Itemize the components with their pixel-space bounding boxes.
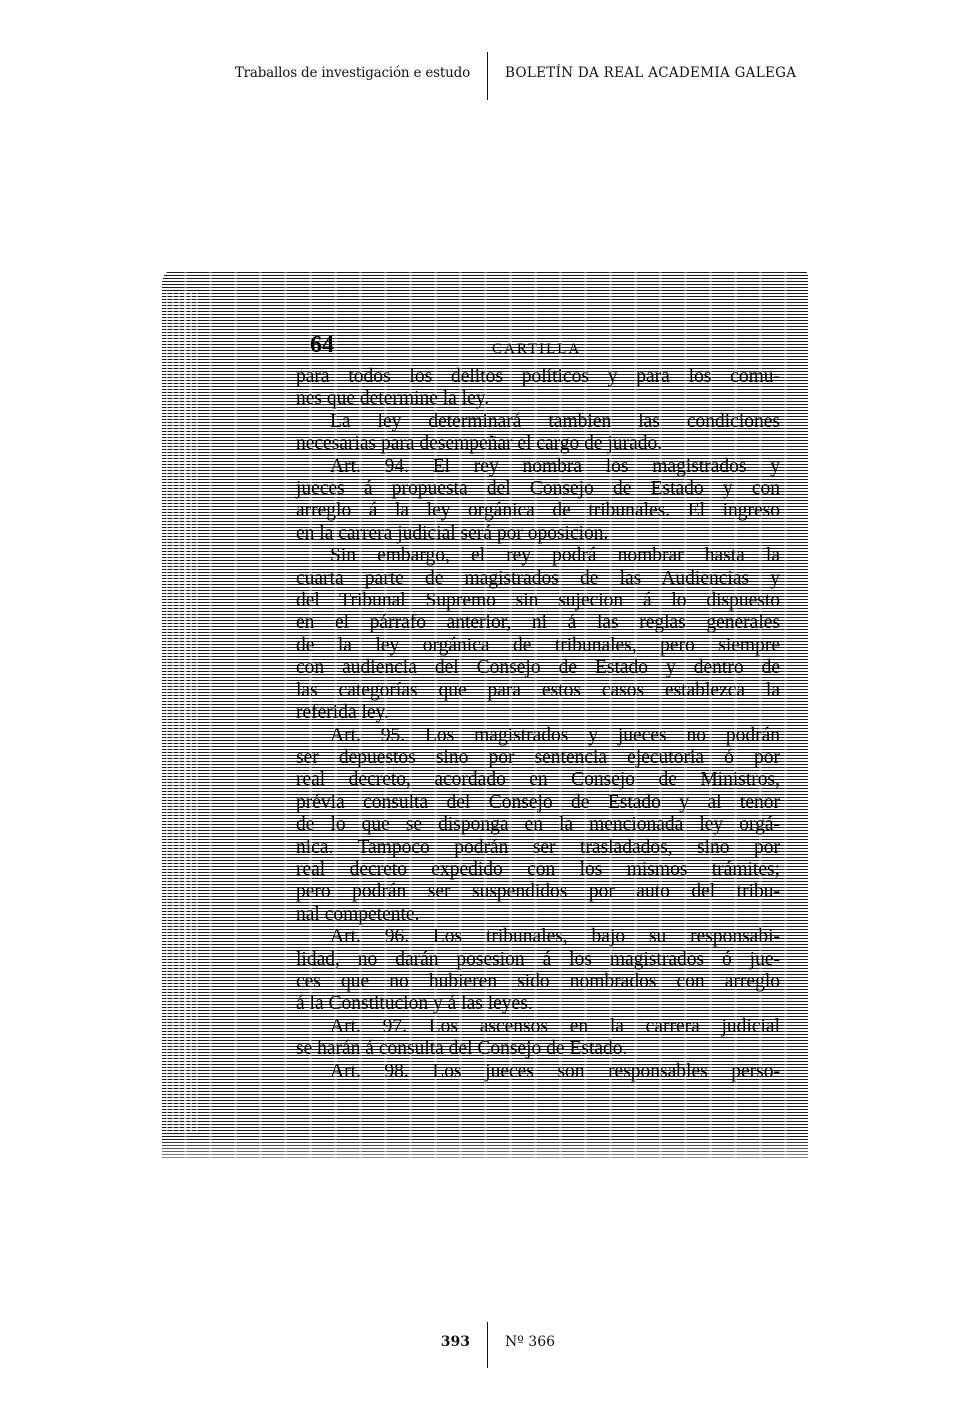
text-line: para todos los delitos políticos y para … [296, 366, 780, 388]
text-line: ser depuestos sino por sentencia ejecuto… [296, 747, 780, 769]
text-line: de lo que se disponga en la mencionada l… [296, 814, 780, 836]
folio-number: 393 [441, 1334, 470, 1350]
text-line: las categorías que para estos casos esta… [296, 680, 780, 702]
scan-binding-edge [162, 292, 202, 1132]
text-line: del Tribunal Supremo sin sujecion á lo d… [296, 590, 780, 612]
scanned-page-header: 64 CARTILLA [296, 334, 780, 364]
text-line: La ley determinará tambien las condicion… [296, 411, 780, 433]
text-line: Art. 97. Los ascensos en la carrera judi… [296, 1016, 780, 1038]
text-line: arreglo á la ley orgánica de tribunales.… [296, 500, 780, 522]
page-footer: 393 Nº 366 [0, 1322, 975, 1368]
issue-number: Nº 366 [505, 1334, 555, 1350]
text-line: Art. 98. Los jueces son responsables per… [296, 1061, 780, 1083]
text-line: Art. 96. Los tribunales, bajo su respons… [296, 926, 780, 948]
text-line: con audiencia del Consejo de Estado y de… [296, 657, 780, 679]
text-line: referida ley. [296, 702, 780, 724]
text-line: en el párrafo anterior, ni á las reglas … [296, 612, 780, 634]
text-line: nica. Tampoco podrán ser trasladados, si… [296, 837, 780, 859]
text-line: real decreto, acordado en Consejo de Min… [296, 769, 780, 791]
scanned-page-text: 64 CARTILLA para todos los delitos polít… [296, 334, 780, 1083]
text-line: necesarias para desempeñar el cargo de j… [296, 433, 780, 455]
header-divider [487, 52, 488, 100]
text-line: nes que determine la ley. [296, 388, 780, 410]
text-line: Art. 94. El rey nombra los magistrados y [296, 456, 780, 478]
text-line: se harán á consulta del Consejo de Estad… [296, 1038, 780, 1060]
scanned-page-number: 64 [310, 334, 334, 356]
footer-divider [487, 1322, 488, 1368]
text-line: cuarta parte de magistrados de las Audie… [296, 568, 780, 590]
text-line: Sin embargo, el rey podrá nombrar hasta … [296, 545, 780, 567]
text-line: lidad, no darán posesion á los magistrad… [296, 949, 780, 971]
text-line: nal competente. [296, 904, 780, 926]
running-head: Traballos de investigación e estudo BOLE… [0, 52, 975, 100]
section-title: Traballos de investigación e estudo [235, 65, 470, 81]
text-line: real decreto expedido con los mismos trá… [296, 859, 780, 881]
text-line: pero podrán ser suspendidos por auto del… [296, 881, 780, 903]
text-line: prévia consulta del Consejo de Estado y … [296, 792, 780, 814]
text-line: ces que no hubieren sido nombrados con a… [296, 971, 780, 993]
scanned-text-lines: para todos los delitos políticos y para … [296, 366, 780, 1083]
text-line: de la ley orgánica de tribunales, pero s… [296, 635, 780, 657]
text-line: jueces á propuesta del Consejo de Estado… [296, 478, 780, 500]
text-line: Art. 95. Los magistrados y jueces no pod… [296, 725, 780, 747]
text-line: á la Constitucion y á las leyes. [296, 993, 780, 1015]
journal-title: BOLETÍN DA REAL ACADEMIA GALEGA [505, 65, 796, 81]
scanned-page-image: 64 CARTILLA para todos los delitos polít… [162, 272, 808, 1160]
scanned-running-title: CARTILLA [492, 338, 581, 360]
scan-bottom-edge [162, 1138, 808, 1160]
text-line: en la carrera judicial será por oposicio… [296, 523, 780, 545]
